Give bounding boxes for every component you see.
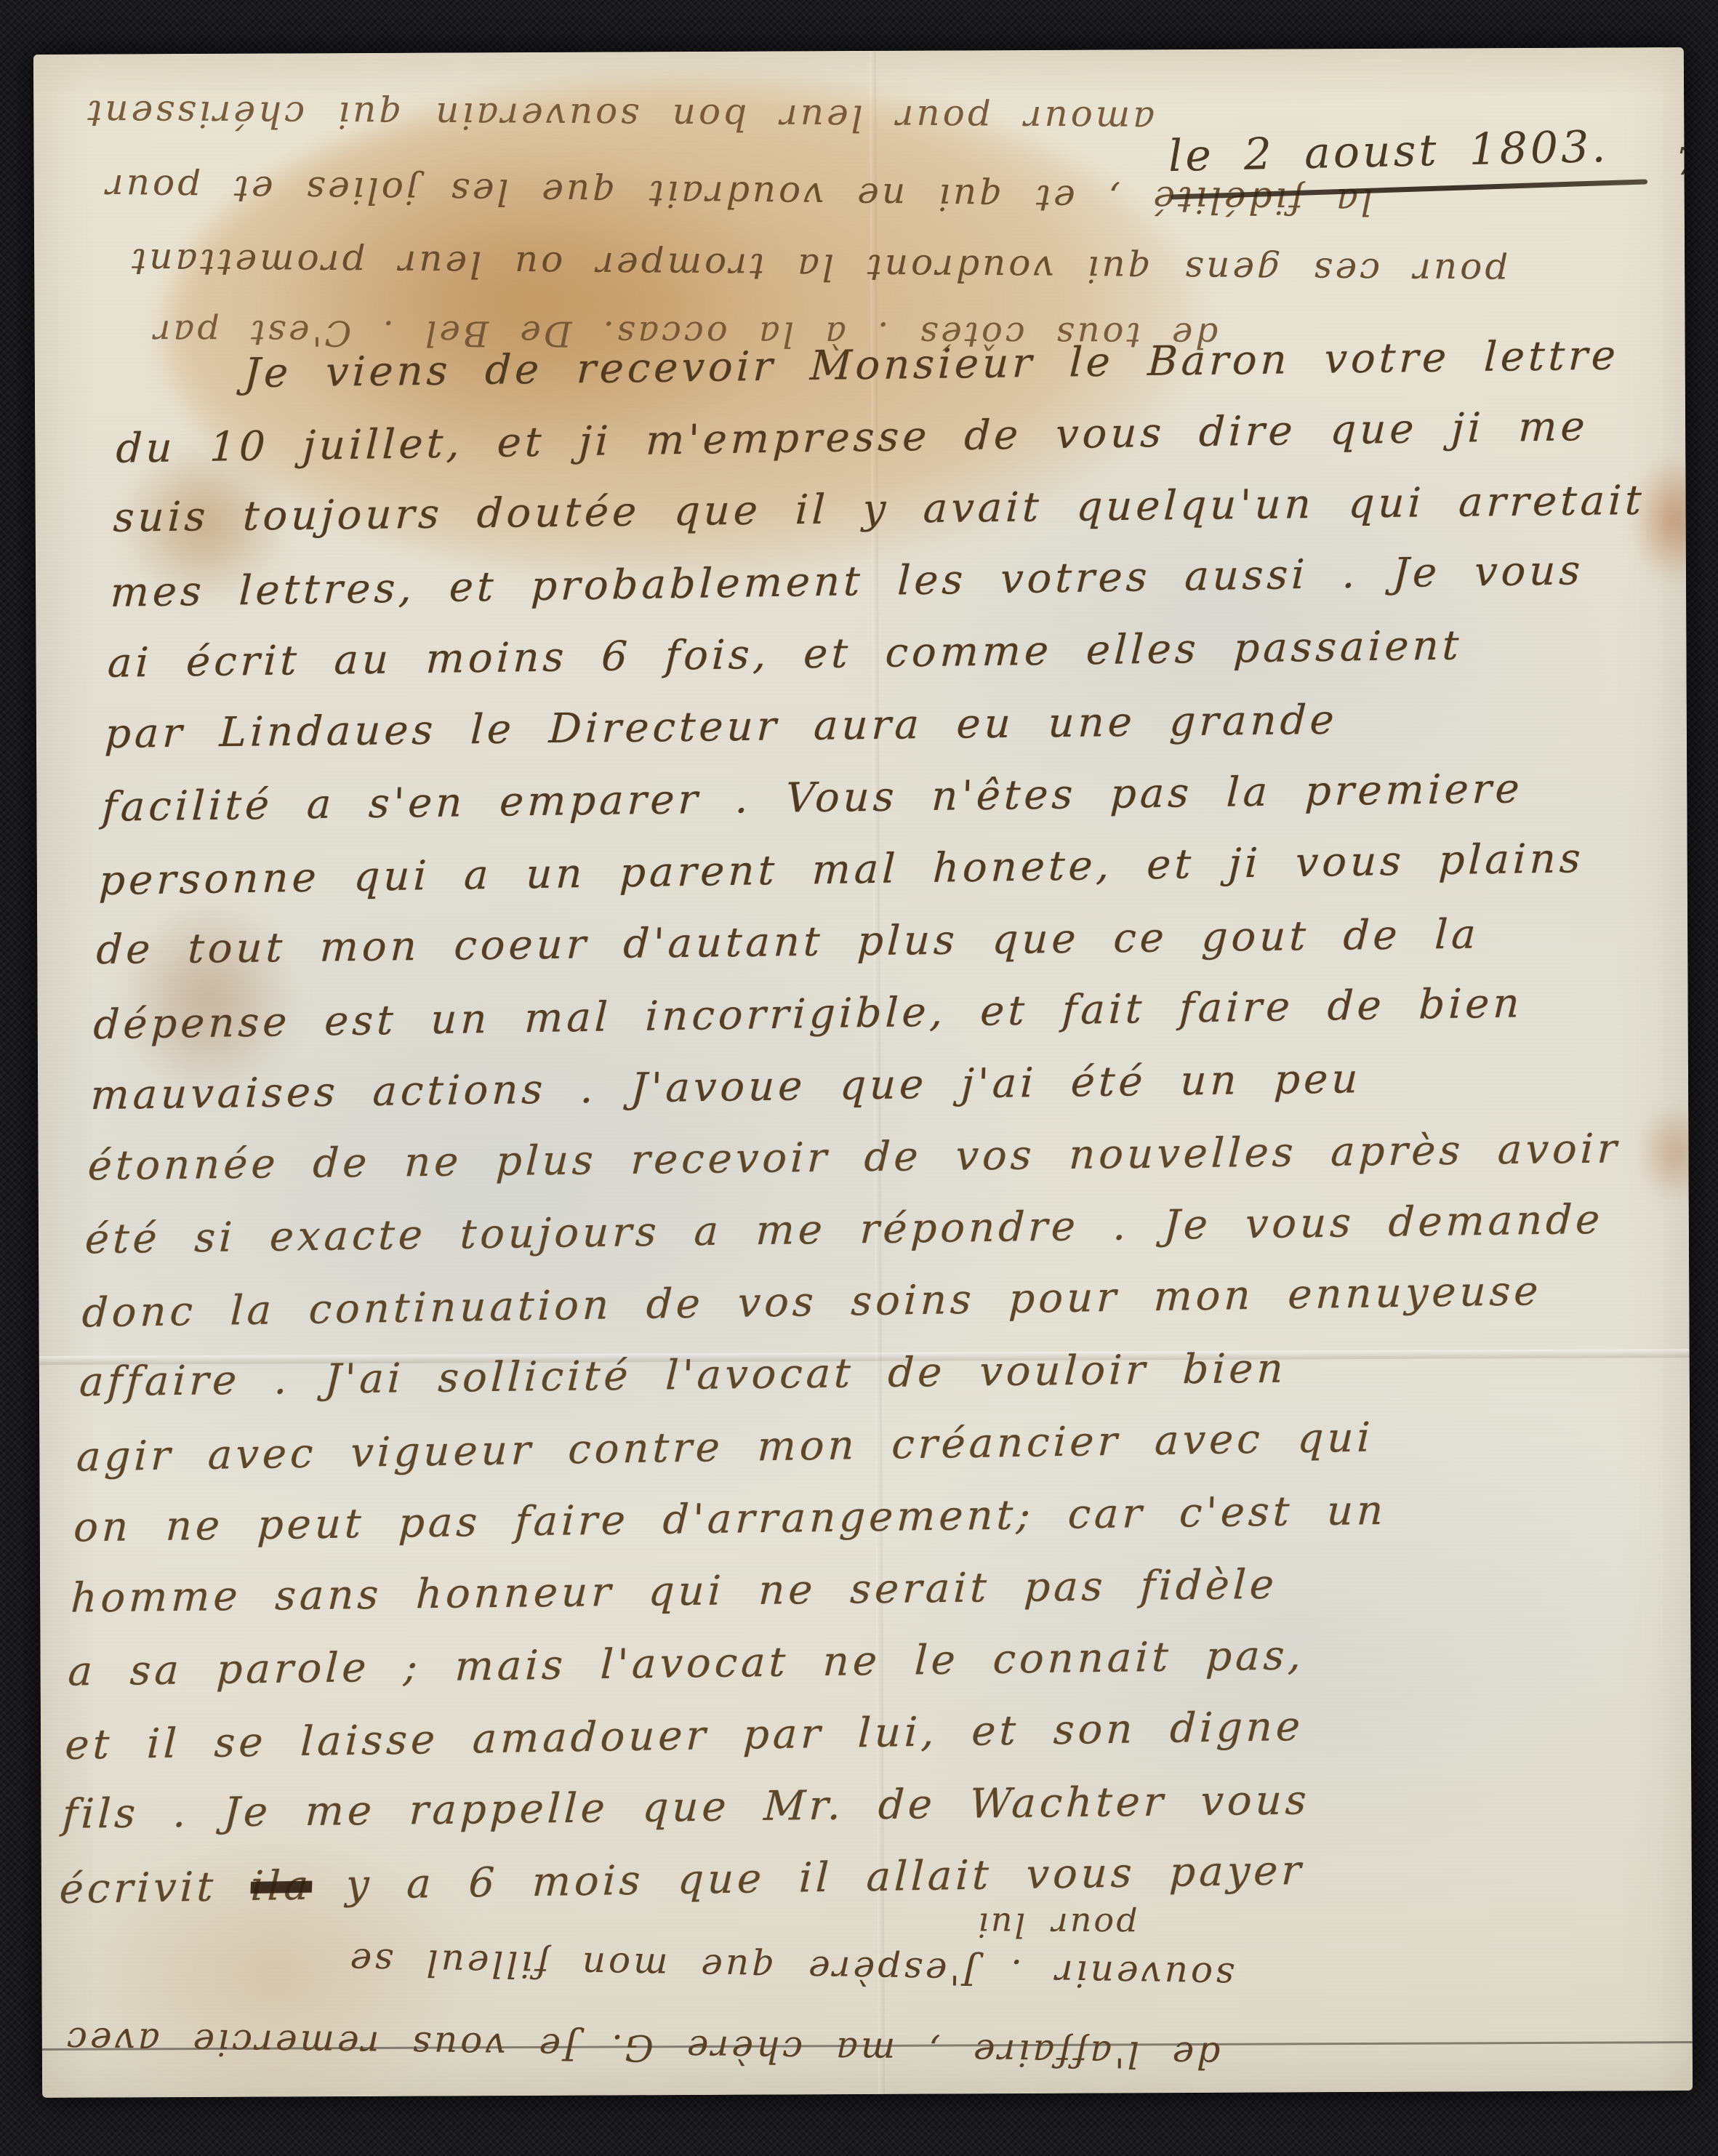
struck-word: ila [250,1862,313,1910]
letter-body: Je viens de recevoir Monsieur le Baron v… [58,319,1653,1924]
inverted-overleaf-line: pour ces gens qui voudront la tromper ou… [129,241,1509,294]
date-text: le 2 aoust 1803. [1168,121,1609,182]
page-number: 7 [1675,140,1693,184]
letter-page: amour pour leur bon souverain qui chéris… [33,47,1693,2098]
photo-background: amour pour leur bon souverain qui chéris… [0,0,1718,2156]
inverted-overleaf-line: amour pour leur bon souverain qui chéris… [84,92,1155,141]
inverted-overleaf-line: souvenir . J'espère que mon filleul se [347,1940,1235,1997]
date-line: le 2 aoust 1803. [1168,121,1609,182]
inverted-note: pour lui [976,1905,1138,1945]
paper-stain-right-small [1637,1102,1693,1203]
line-text: y a 6 mois que il allait vous payer [311,1847,1306,1909]
line-text: écrivit [59,1863,252,1913]
inverted-overleaf-line: de l'affaire , ma chère G. Je vous remer… [64,2019,1221,2077]
